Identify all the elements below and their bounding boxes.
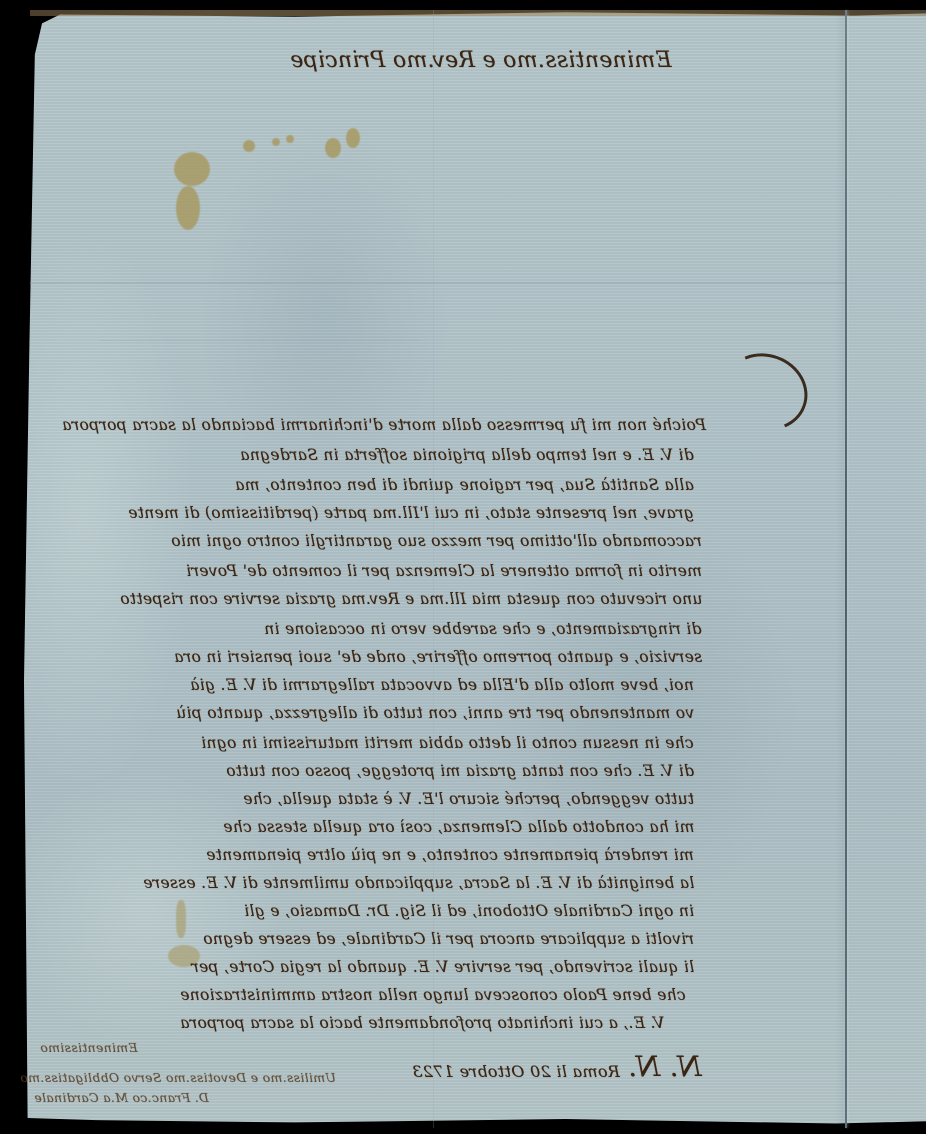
fold-line-horizontal-faint	[100, 340, 420, 341]
stain-large	[174, 152, 210, 186]
letter-line: V. E., a cui inchinato profondamente bac…	[180, 1014, 664, 1032]
margin-note: Umiliss.mo e Devotiss.mo Servo Obbligati…	[20, 1070, 336, 1085]
letter-line: vo mantenendo per tre anni, con tutto di…	[176, 704, 694, 722]
paper-top-edge	[30, 10, 926, 16]
signature: N. N.	[628, 1050, 702, 1083]
letter-line: mi ha condotto dalla Clemenza, così ora …	[223, 818, 694, 836]
stain-lower-body	[176, 900, 186, 938]
letter-line: che bene Paolo conosceva lungo nella nos…	[180, 986, 686, 1004]
letter-line: grave, nel presente stato, in cui l'Ill.…	[128, 504, 694, 522]
letter-line: di ringraziamento, e che sarebbe vero in…	[264, 620, 702, 638]
letter-line: che in nessun conto il detto abbia merit…	[201, 734, 694, 752]
stain-cluster	[325, 138, 341, 158]
letter-line: la benignità di V. E. la Sacra, supplica…	[143, 874, 694, 892]
margin-note: Eminentissimo	[40, 1040, 138, 1055]
letter-line: raccomando all'ottimo per mezzo suo gara…	[171, 532, 702, 550]
letter-line: di V. E. che con tanta grazia mi protegg…	[226, 762, 694, 780]
stain-dot	[243, 140, 255, 152]
letter-line: in ogni Cardinale Ottoboni, ed il Sig. D…	[244, 902, 694, 920]
stain-dot	[272, 138, 280, 146]
stain-dot	[286, 135, 294, 143]
letter-line: Poiché non mi fu permesso dalla morte d'…	[62, 416, 706, 434]
fold-line-right	[845, 10, 847, 1128]
address-heading: Eminentiss.mo e Rev.mo Principe	[290, 48, 672, 73]
letter-line: noi, beve molto alla d'Ella ed avvocata …	[190, 676, 694, 694]
letter-line: tutto veggendo, perché sicuro l'E. V. è …	[243, 790, 694, 808]
margin-note: D. Franc.co M.a Cardinale	[34, 1090, 209, 1105]
stain-cluster	[346, 128, 360, 148]
letter-line: alla Santità Sua, per ragione quindi di …	[235, 476, 694, 494]
fold-line-horizontal	[30, 282, 845, 284]
letter-line: di V. E. e nel tempo della prigionia sof…	[240, 446, 694, 464]
letter-line: uno ricevuto con questa mia Ill.ma e Rev…	[120, 590, 702, 608]
stain-large-lower	[176, 186, 200, 230]
date-line: Roma li 20 Ottobre 1723	[412, 1062, 620, 1081]
letter-line: li quali scrivendo, per servire V. E. qu…	[191, 958, 694, 976]
letter-line: merito in forma ottenere la Clemenza per…	[186, 562, 702, 580]
letter-line: rivolti a supplicare ancora per il Cardi…	[203, 930, 694, 948]
letter-line: mi renderà pienamente contento, e ne più…	[206, 846, 694, 864]
letter-line: servizio, e quanto porremo offerire, ond…	[174, 648, 702, 666]
